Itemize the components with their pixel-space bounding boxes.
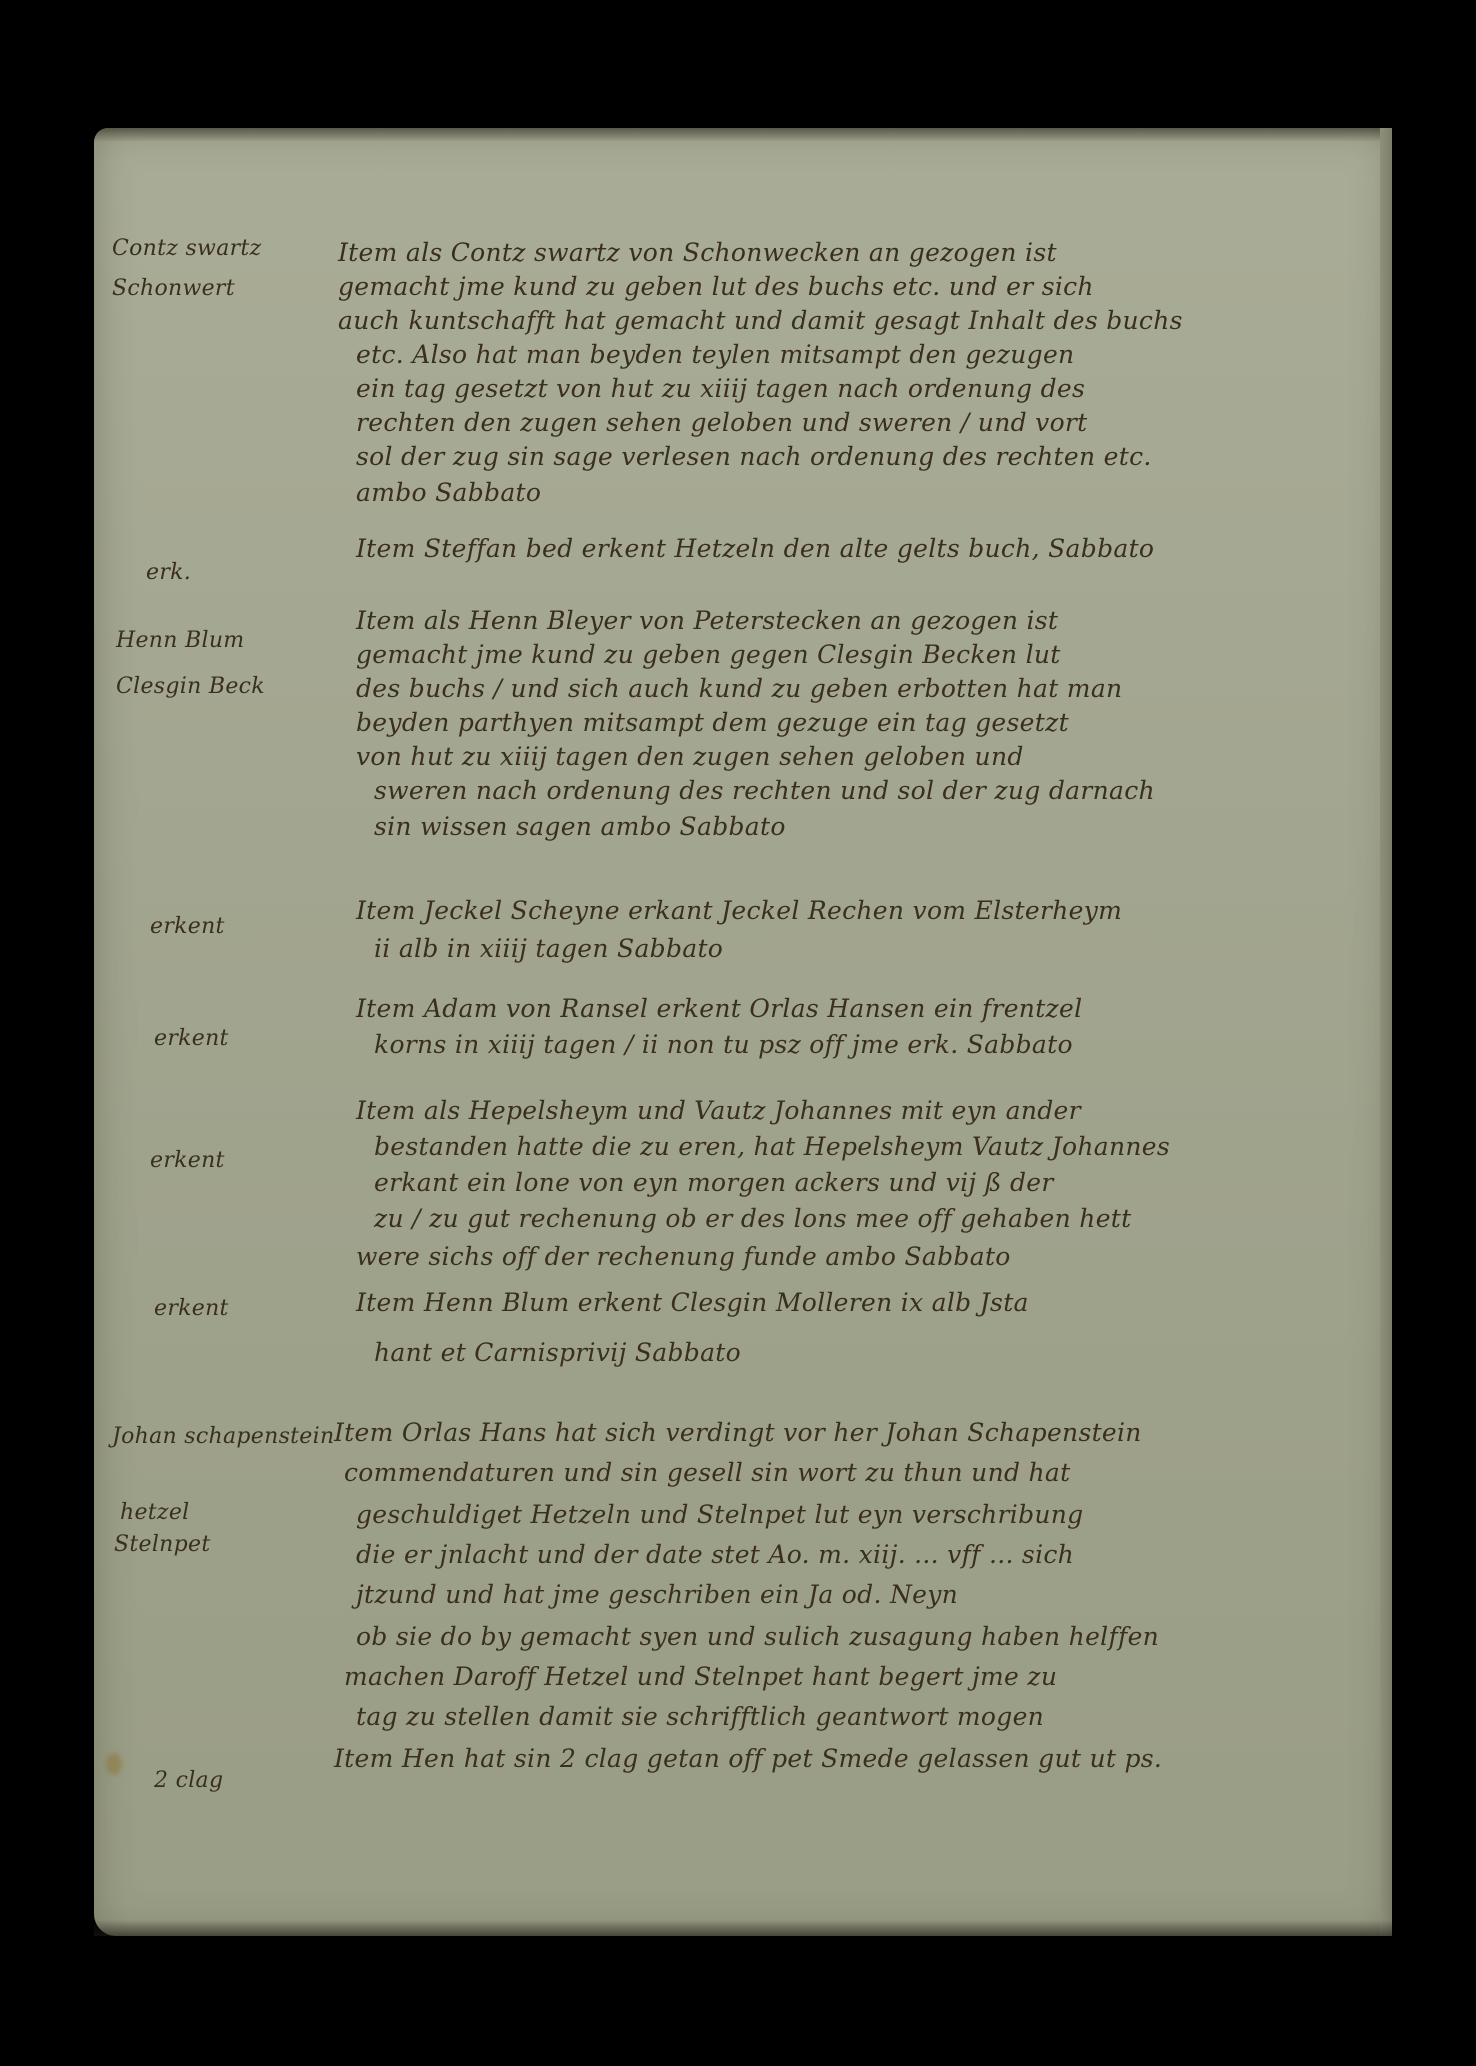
text-line: von hut zu xiiij tagen den zugen sehen g… — [356, 742, 1024, 771]
text-line: ii alb in xiiij tagen Sabbato — [374, 934, 723, 963]
margin-note: Contz swartz — [112, 236, 261, 261]
margin-note: erkent — [154, 1026, 229, 1051]
text-line: sin wissen sagen ambo Sabbato — [374, 812, 786, 841]
margin-note: Johan schapenstein — [112, 1424, 334, 1449]
margin-note: Clesgin Beck — [116, 674, 265, 699]
text-line: ob sie do by gemacht syen und sulich zus… — [356, 1622, 1159, 1651]
margin-note: 2 clag — [154, 1768, 223, 1793]
text-line: gemacht jme kund zu geben gegen Clesgin … — [356, 640, 1061, 669]
text-line: erkant ein lone von eyn morgen ackers un… — [374, 1168, 1054, 1197]
text-line: sweren nach ordenung des rechten und sol… — [374, 776, 1155, 805]
text-line: bestanden hatte die zu eren, hat Hepelsh… — [374, 1132, 1170, 1161]
text-line: Item Adam von Ransel erkent Orlas Hansen… — [356, 994, 1082, 1023]
text-line: ein tag gesetzt von hut zu xiiij tagen n… — [356, 374, 1085, 403]
text-line: die er jnlacht und der date stet Ao. m. … — [356, 1540, 1074, 1569]
text-line: ambo Sabbato — [356, 478, 541, 507]
text-line: geschuldiget Hetzeln und Stelnpet lut ey… — [356, 1500, 1084, 1529]
margin-note: Henn Blum — [116, 628, 244, 653]
text-line: Item als Contz swartz von Schonwecken an… — [338, 238, 1057, 267]
margin-note: erk. — [146, 560, 191, 585]
text-line: Item Steffan bed erkent Hetzeln den alte… — [356, 534, 1154, 563]
margin-note: hetzel — [120, 1500, 189, 1525]
manuscript-page: Contz swartz Schonwert Item als Contz sw… — [94, 128, 1392, 1936]
text-line: were sichs off der rechenung funde ambo … — [356, 1242, 1011, 1271]
text-line: Item Jeckel Scheyne erkant Jeckel Rechen… — [356, 896, 1122, 925]
text-line: des buchs / und sich auch kund zu geben … — [356, 674, 1122, 703]
text-line: beyden parthyen mitsampt dem gezuge ein … — [356, 708, 1069, 737]
paper-stain — [106, 1753, 122, 1775]
text-line: gemacht jme kund zu geben lut des buchs … — [338, 272, 1094, 301]
text-line: Item Hen hat sin 2 clag getan off pet Sm… — [334, 1744, 1162, 1773]
text-line: commendaturen und sin gesell sin wort zu… — [344, 1458, 1070, 1487]
text-line: jtzund und hat jme geschriben ein Ja od.… — [356, 1580, 958, 1609]
margin-note: erkent — [150, 1148, 225, 1173]
text-line: korns in xiiij tagen / ii non tu psz off… — [374, 1030, 1073, 1059]
text-line: sol der zug sin sage verlesen nach orden… — [356, 442, 1152, 471]
margin-note: Schonwert — [112, 276, 235, 301]
text-line: zu / zu gut rechenung ob er des lons mee… — [374, 1204, 1131, 1233]
text-line: Item als Hepelsheym und Vautz Johannes m… — [356, 1096, 1081, 1125]
text-line: machen Daroff Hetzel und Stelnpet hant b… — [344, 1662, 1057, 1691]
margin-note: erkent — [150, 914, 225, 939]
text-line: hant et Carnisprivij Sabbato — [374, 1338, 741, 1367]
text-line: Item Henn Blum erkent Clesgin Molleren i… — [356, 1288, 1029, 1317]
binding-gutter — [1380, 128, 1392, 1936]
text-line: tag zu stellen damit sie schrifftlich ge… — [356, 1702, 1044, 1731]
text-line: Item Orlas Hans hat sich verdingt vor he… — [334, 1418, 1142, 1447]
text-line: auch kuntschafft hat gemacht und damit g… — [338, 306, 1183, 335]
margin-note: Stelnpet — [114, 1532, 210, 1557]
margin-note: erkent — [154, 1296, 229, 1321]
text-line: rechten den zugen sehen geloben und swer… — [356, 408, 1088, 437]
text-line: etc. Also hat man beyden teylen mitsampt… — [356, 340, 1074, 369]
text-line: Item als Henn Bleyer von Peterstecken an… — [356, 606, 1058, 635]
